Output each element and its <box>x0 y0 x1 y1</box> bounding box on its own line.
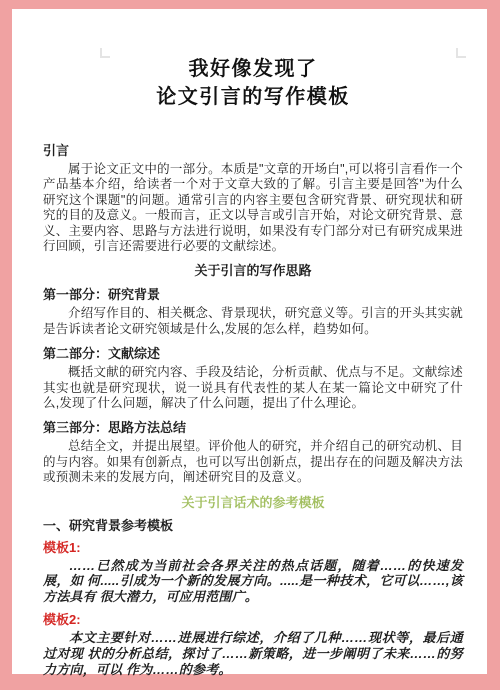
template-2-label: 模板2: <box>43 612 463 627</box>
intro-paragraph: 属于论文正文中的一部分。本质是"文章的开场白",可以将引言看作一个产品基本介绍，… <box>43 162 463 254</box>
outline-part-3-paragraph: 总结全文，并提出展望。评价他人的研究，并介绍自己的研究动机、目的与内容。如果有创… <box>43 439 463 485</box>
document-page: 我好像发现了 论文引言的写作模板 引言 属于论文正文中的一部分。本质是"文章的开… <box>12 9 487 674</box>
document-canvas: 我好像发现了 论文引言的写作模板 引言 属于论文正文中的一部分。本质是"文章的开… <box>0 0 500 690</box>
outline-part-2-heading: 第二部分：文献综述 <box>43 346 463 361</box>
template-2-paragraph: 本文主要针对……进展进行综述，介绍了几种……现状等，最后通过对现 状的分析总结，… <box>43 630 463 677</box>
reference-subheading: 一、研究背景参考模板 <box>43 518 463 533</box>
outline-part-3-heading: 第三部分：思路方法总结 <box>43 420 463 435</box>
title-line-1: 我好像发现了 <box>43 55 463 83</box>
page-title: 我好像发现了 论文引言的写作模板 <box>43 9 463 111</box>
outline-part-1-heading: 第一部分：研究背景 <box>43 287 463 302</box>
outline-part-2-paragraph: 概括文献的研究内容、手段及结论，分析贡献、优点与不足。文献综述其实也就是研究现状… <box>43 365 463 411</box>
page-content: 我好像发现了 论文引言的写作模板 引言 属于论文正文中的一部分。本质是"文章的开… <box>12 9 487 674</box>
outline-heading: 关于引言的写作思路 <box>43 263 463 278</box>
template-1-paragraph: ……已然成为当前社会各界关注的热点话题，随着……的快速发展，如 何.....引成… <box>43 558 463 605</box>
outline-part-1-paragraph: 介绍写作目的、相关概念、背景现状，研究意义等。引言的开头其实就是告诉读者论文研究… <box>43 306 463 337</box>
title-line-2: 论文引言的写作模板 <box>43 83 463 111</box>
template-1-label: 模板1: <box>43 540 463 555</box>
intro-heading: 引言 <box>43 143 463 158</box>
reference-heading: 关于引言话术的参考模板 <box>43 495 463 510</box>
